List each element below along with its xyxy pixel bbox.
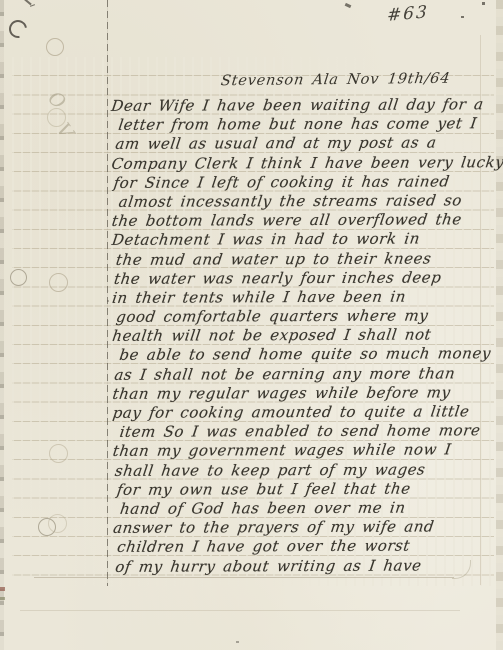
letter-line: in their tents while I have been in — [111, 287, 503, 308]
hole-punch-icon — [49, 273, 68, 292]
page-number-annotation: #63 — [387, 2, 430, 26]
backing-sheet-edge — [20, 610, 460, 611]
hole-punch-icon — [10, 269, 27, 286]
letter-line: the mud and water up to their knees — [111, 249, 503, 270]
letter-line: for Since I left of cooking it has raine… — [110, 172, 503, 193]
letter-line: children I have got over the worst — [112, 536, 503, 557]
ink-speck — [236, 641, 239, 643]
ink-speck — [461, 16, 464, 18]
scanned-letter-page: O V #63 Stevenson Ala Nov 19th/64 Dear W… — [0, 0, 503, 650]
letter-line: almost incessantly the streams raised so — [110, 191, 503, 212]
sheet-bottom-edge — [34, 577, 454, 578]
letter-line: letter from home but none has come yet I — [110, 114, 503, 135]
letter-line: the water was nearly four inches deep — [111, 268, 503, 289]
letter-line: Company Clerk I think I have been very l… — [110, 153, 503, 174]
bleed-through-marks: O V — [48, 92, 72, 142]
hole-punch-icon — [49, 444, 68, 463]
letter-line: than my government wages while now I — [112, 441, 503, 462]
letter-line: health will not be exposed I shall not — [111, 325, 503, 346]
letter-line: be able to send home quite so much money — [111, 345, 503, 366]
hole-punch-icon — [48, 514, 67, 533]
letter-line: as I shall not be earning any more than — [111, 364, 503, 385]
ink-speck — [482, 2, 485, 5]
bleed-through-letter: O — [44, 87, 76, 119]
letter-line: item So I was enabled to send home more — [111, 421, 503, 442]
hole-punch-icon — [5, 16, 30, 41]
pencil-mark — [30, 4, 35, 7]
hole-punch-icon — [46, 38, 64, 56]
ink-speck — [107, 300, 109, 302]
letter-line: Detachment I was in had to work in — [111, 229, 503, 250]
letter-line: pay for cooking amounted to quite a litt… — [111, 402, 503, 423]
letter-line: than my regular wages while before my — [111, 383, 503, 404]
tape-mark — [0, 587, 5, 591]
letter-body: Dear Wife I have been waiting all day fo… — [110, 95, 503, 576]
letter-line: the bottom lands were all overflowed the — [111, 210, 503, 231]
pencil-mark — [345, 3, 352, 8]
letter-line: good comfortable quarters where my — [111, 306, 503, 327]
letter-line: am well as usual and at my post as a — [110, 134, 503, 155]
letter-line: for my own use but I feel that the — [112, 479, 503, 500]
letter-line: answer to the prayers of my wife and — [112, 517, 503, 538]
letter-line: shall have to keep part of my wages — [112, 460, 503, 481]
tape-mark — [0, 597, 5, 600]
letter-line: hand of God has been over me in — [112, 498, 503, 519]
letter-line: of my hurry about writing as I have — [112, 556, 503, 577]
letter-dateline: Stevenson Ala Nov 19th/64 — [220, 71, 452, 89]
letter-line: Dear Wife I have been waiting all day fo… — [110, 95, 503, 116]
sheet-left-edge-line — [107, 0, 108, 586]
scan-left-edge — [0, 0, 4, 650]
